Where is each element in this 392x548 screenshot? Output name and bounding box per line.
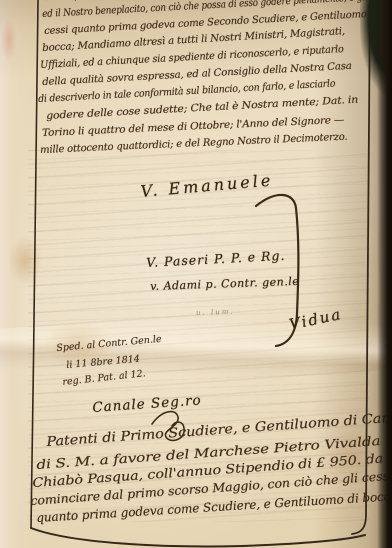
manuscript-photo: e d'uopo essendo abbiamo derogato, e der… <box>0 0 392 548</box>
binding-edge <box>377 0 392 548</box>
faint-pencil-scribble: u. lum. <box>196 309 235 317</box>
